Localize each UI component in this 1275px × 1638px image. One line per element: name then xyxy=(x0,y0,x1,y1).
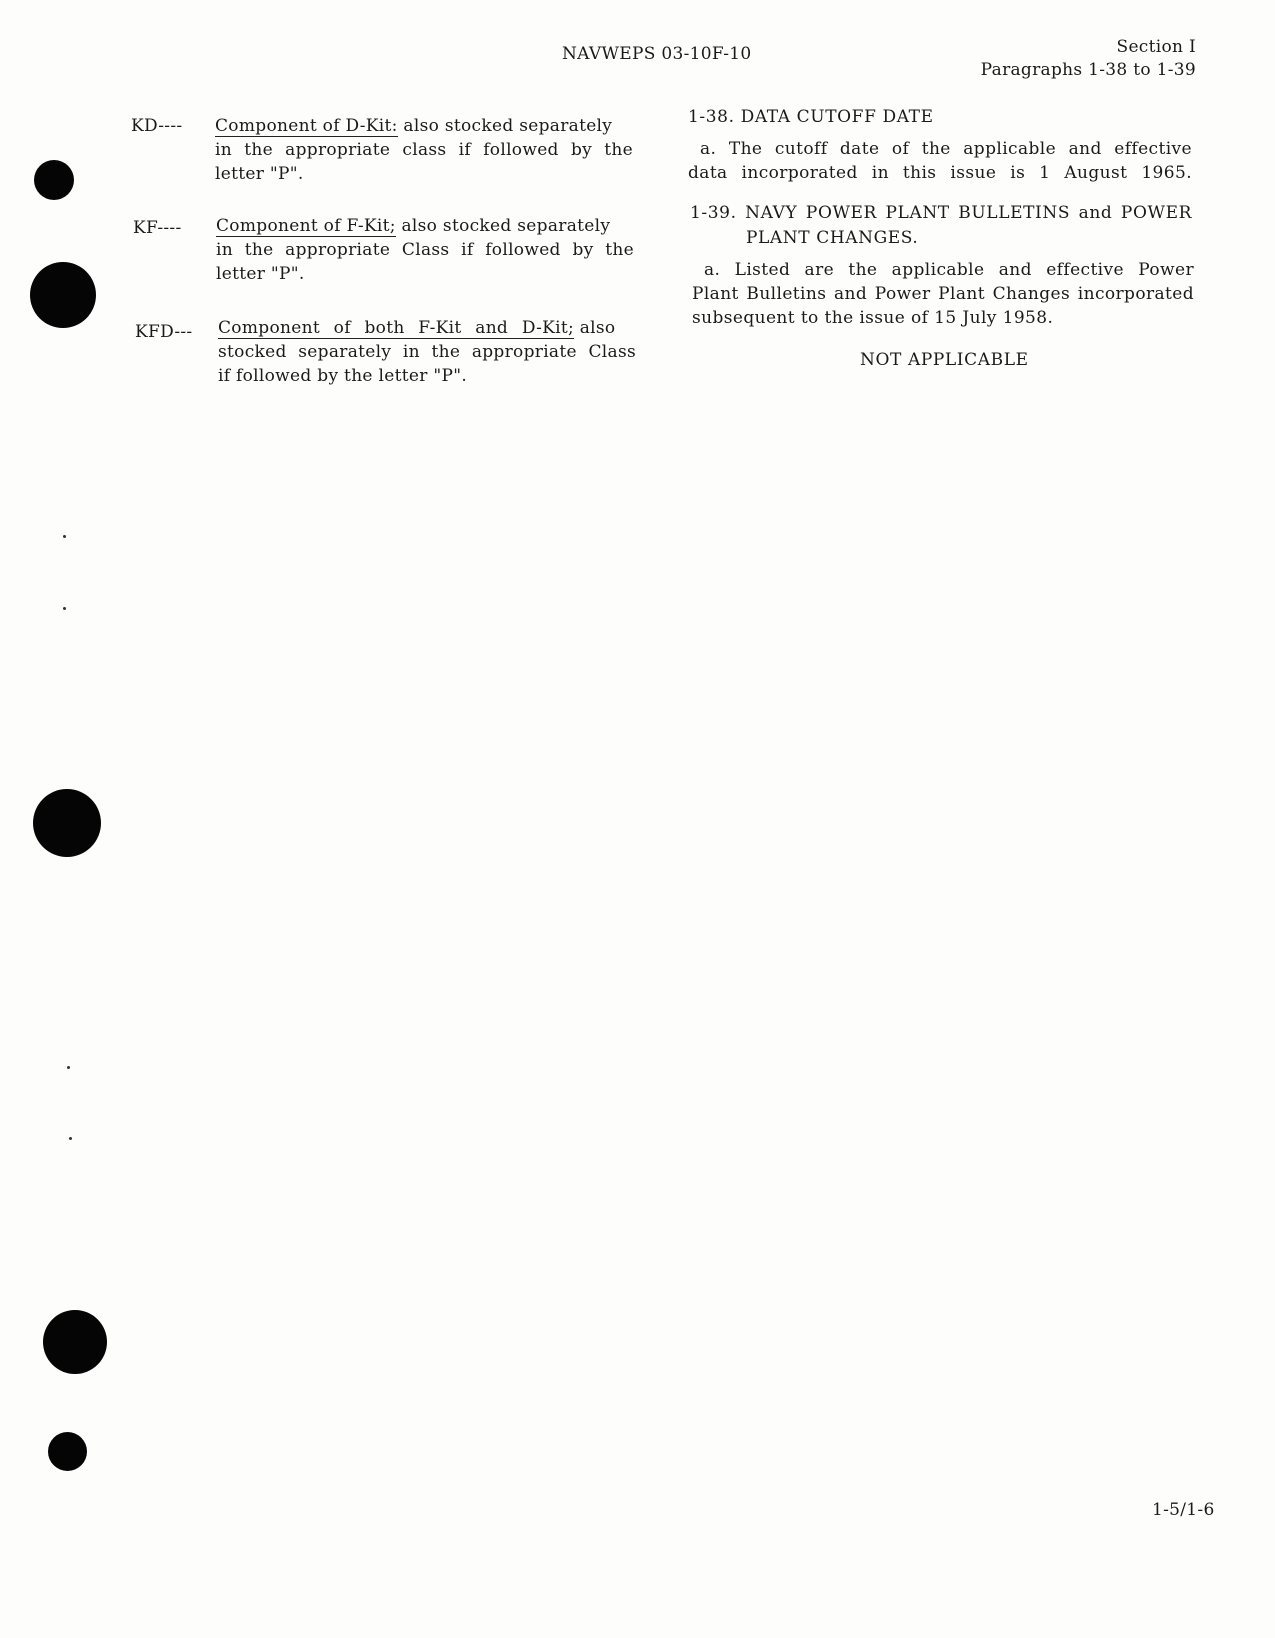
definition-kfd: Component of both F-Kit and D-Kit; also … xyxy=(218,316,636,388)
paragraph-range: Paragraphs 1-38 to 1-39 xyxy=(981,60,1196,80)
definition-kf-line: also stocked separately xyxy=(396,216,611,236)
paragraph-1-39-a: a. Listed are the applicable and effecti… xyxy=(692,258,1194,330)
margin-speck xyxy=(69,1137,72,1140)
definition-kd: Component of D-Kit: also stocked separat… xyxy=(215,114,633,186)
paragraph-line: a. Listed are the applicable and effecti… xyxy=(692,258,1194,282)
definition-kd-line: in the appropriate class if followed by … xyxy=(215,138,633,162)
binder-hole xyxy=(30,262,96,328)
paragraph-line: data incorporated in this issue is 1 Aug… xyxy=(688,161,1192,185)
definition-kf-line: in the appropriate Class if followed by … xyxy=(216,238,634,262)
paragraph-1-38-a: a. The cutoff date of the applicable and… xyxy=(688,137,1192,185)
section-heading-1-39: 1-39. NAVY POWER PLANT BULLETINS and POW… xyxy=(690,203,1192,223)
binder-hole xyxy=(43,1310,107,1374)
section-heading-1-39-cont: PLANT CHANGES. xyxy=(746,228,918,248)
paragraph-line: Plant Bulletins and Power Plant Changes … xyxy=(692,282,1194,306)
binder-hole xyxy=(34,160,74,200)
definition-kfd-line: stocked separately in the appropriate Cl… xyxy=(218,340,636,364)
definition-kf: Component of F-Kit; also stocked separat… xyxy=(216,214,634,286)
paragraph-line: a. The cutoff date of the applicable and… xyxy=(688,137,1192,161)
page-number: 1-5/1-6 xyxy=(1152,1500,1215,1520)
binder-hole xyxy=(33,789,101,857)
definition-kf-underlined: Component of F-Kit; xyxy=(216,216,396,237)
binder-hole xyxy=(48,1432,87,1471)
code-kd: KD---- xyxy=(131,114,182,138)
not-applicable-note: NOT APPLICABLE xyxy=(860,350,1029,370)
definition-kd-line: also stocked separately xyxy=(398,116,613,136)
definition-kfd-line: also xyxy=(574,318,615,338)
code-kf: KF---- xyxy=(133,216,182,240)
document-number: NAVWEPS 03-10F-10 xyxy=(562,44,751,64)
definition-kfd-line: if followed by the letter "P". xyxy=(218,364,636,388)
margin-speck xyxy=(63,607,66,610)
definition-kf-line: letter "P". xyxy=(216,262,634,286)
code-kfd: KFD--- xyxy=(135,320,192,344)
definition-kd-underlined: Component of D-Kit: xyxy=(215,116,398,137)
paragraph-line: subsequent to the issue of 15 July 1958. xyxy=(692,306,1194,330)
margin-speck xyxy=(67,1066,70,1069)
definition-kfd-underlined: Component of both F-Kit and D-Kit; xyxy=(218,318,574,339)
margin-speck xyxy=(63,535,66,538)
definition-kd-line: letter "P". xyxy=(215,162,633,186)
section-heading-1-38: 1-38. DATA CUTOFF DATE xyxy=(688,107,934,127)
section-label: Section I xyxy=(1117,37,1197,57)
